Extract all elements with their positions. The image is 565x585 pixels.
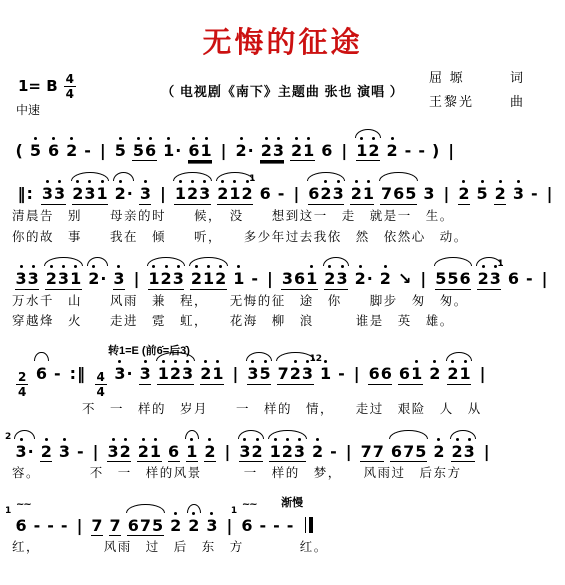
note-char: 1 (356, 142, 368, 160)
octave-dot (451, 360, 454, 363)
note-char: 2 (119, 443, 131, 461)
note: 123 (148, 270, 184, 289)
grace-note: 1 (249, 174, 255, 184)
note-char: 6 (127, 517, 139, 535)
octave-dot (517, 180, 520, 183)
barline: | (133, 270, 140, 288)
note-char: 6 (507, 270, 519, 288)
note-char: 2 (312, 443, 324, 461)
note-char: 1 (174, 185, 186, 203)
note: 77 (360, 443, 384, 462)
note: 6 (47, 142, 59, 160)
trill-mark: ~~ (242, 499, 257, 511)
lyric-line: 容。 不 一 样的风景 一 样的 梦， 风雨过 后东方 (12, 464, 553, 483)
note-char: 3 (54, 185, 66, 203)
octave-dot (32, 265, 35, 268)
note-char: 3 (139, 185, 151, 203)
note-char: | (226, 517, 233, 535)
note: 7 (91, 517, 103, 536)
note-char: 1 (320, 365, 332, 383)
final-barline (305, 517, 313, 533)
lyric-line: 你的故 事 我在 倾 听， 多少年过去我依 然 依然心 动。 (12, 228, 553, 247)
octave-dot (384, 265, 387, 268)
credits: 屈 塬 词 王黎光 曲 (429, 67, 525, 115)
note: ) (431, 142, 439, 160)
octave-dot (92, 265, 95, 268)
octave-dot (337, 180, 340, 183)
note: - (418, 142, 426, 160)
note: 2 (494, 185, 506, 204)
note-char: 1 (459, 365, 471, 383)
octave-dot (481, 180, 484, 183)
note: - (259, 517, 267, 535)
note-char: 6 (393, 185, 405, 203)
octave-dot (221, 180, 224, 183)
note: 7 (109, 517, 121, 536)
barline: ‖: (17, 185, 33, 203)
note: - (60, 517, 68, 535)
note: 2 (433, 443, 445, 461)
octave-dot (177, 265, 180, 268)
note: 61 (259, 185, 271, 203)
octave-dot (391, 137, 394, 140)
score: (562-|5561·61|2·23216|122--)|‖:332312·3|… (12, 127, 553, 557)
note-char: 2 (289, 365, 301, 383)
note-char: 2 (451, 443, 463, 461)
note-char: 3 (58, 443, 70, 461)
note-char: : (26, 185, 33, 203)
note: 3 (139, 185, 151, 204)
note-char: 1 (202, 270, 214, 288)
note-char: 3 (247, 365, 259, 383)
note-char: 6 (390, 443, 402, 461)
octave-dot (219, 265, 222, 268)
note-char: 2 (40, 443, 52, 461)
note-char: ) (431, 142, 439, 160)
octave-dot (154, 438, 157, 441)
octave-dot (355, 180, 358, 183)
note: 21 (350, 185, 374, 204)
note: - (277, 185, 285, 203)
note: 1 (233, 270, 245, 288)
note-char: ‖ (17, 185, 26, 203)
note: - (338, 365, 346, 383)
note: 2 (429, 365, 441, 383)
note-char: 2 (447, 365, 459, 383)
note: - (54, 365, 62, 383)
octave-dot (233, 180, 236, 183)
tempo-annotation: 渐慢 (281, 494, 303, 510)
barline: | (220, 142, 227, 160)
note-char: 1 (229, 185, 241, 203)
note-char: 3 (114, 365, 126, 383)
note-char: 7 (139, 517, 151, 535)
octave-dot (149, 137, 152, 140)
note: 123 (269, 443, 305, 462)
note: 2· (354, 270, 373, 288)
note: - (84, 142, 92, 160)
note-char: 2 (350, 185, 362, 203)
meter-denominator: 4 (66, 87, 74, 100)
note-char: 5 (259, 365, 271, 383)
barline: | (224, 443, 231, 461)
octave-dot (207, 265, 210, 268)
note-char: : (69, 365, 76, 383)
octave-dot (34, 137, 37, 140)
note-char: 2 (186, 185, 198, 203)
note-char: | (345, 443, 352, 461)
note-char: | (220, 142, 227, 160)
note-char: 3 (113, 270, 125, 288)
note-char: 2 (215, 270, 227, 288)
note: 2 (170, 517, 182, 535)
note-char: 1 (269, 443, 281, 461)
octave-dot (119, 137, 122, 140)
note: 231 (72, 185, 108, 204)
note-char: - (404, 142, 412, 160)
note-char: 2 (251, 443, 263, 461)
note: 1 (186, 443, 198, 462)
note: 112 (320, 365, 332, 383)
note: - (330, 443, 338, 461)
octave-dot (265, 137, 268, 140)
note-char: ( (15, 142, 23, 160)
note-char: 2 (235, 142, 247, 160)
note: 21 (290, 142, 314, 161)
octave-dot (433, 360, 436, 363)
octave-dot (74, 265, 77, 268)
barline: | (443, 185, 450, 203)
note-char: 1 (411, 365, 423, 383)
note-char: · (100, 270, 107, 288)
octave-dot (437, 438, 440, 441)
note-char: | (92, 443, 99, 461)
octave-dot (482, 265, 485, 268)
note-char: 3 (182, 365, 194, 383)
note: 23 (451, 443, 475, 462)
note: 6 (35, 365, 47, 383)
octave-dot (167, 137, 170, 140)
note-char: 1 (163, 142, 175, 160)
octave-dot (246, 180, 249, 183)
note-char: 6 (15, 517, 27, 535)
note-char: - (84, 142, 92, 160)
note: - (47, 517, 55, 535)
octave-dot (341, 265, 344, 268)
note: 21 (447, 365, 471, 384)
note-char: 2 (458, 185, 470, 203)
note-char: 5 (415, 443, 427, 461)
note-char: | (341, 142, 348, 160)
note-char: 3 (281, 270, 293, 288)
octave-dot (494, 265, 497, 268)
note-char: 2 (114, 185, 126, 203)
time-signature: 24 (16, 371, 28, 398)
note-char: 5 (435, 270, 447, 288)
note-char: ↘ (397, 270, 411, 288)
note: - (404, 142, 412, 160)
note-char: 2 (433, 443, 445, 461)
note: 66 (368, 365, 392, 384)
octave-dot (237, 265, 240, 268)
octave-dot (367, 180, 370, 183)
note: - (33, 517, 41, 535)
note-char: 5 (114, 142, 126, 160)
note-char: 6 (459, 270, 471, 288)
note: 61 (507, 270, 519, 288)
music-system: 3·223-|3221612|321232-|77675223|容。 不 一 样… (12, 428, 553, 483)
octave-dot (243, 438, 246, 441)
note: 61~~ (241, 517, 253, 535)
octave-dot (286, 438, 289, 441)
octave-dot (468, 438, 471, 441)
note-char: 2 (368, 142, 380, 160)
note: 21 (200, 365, 224, 384)
note-char: 6 (241, 517, 253, 535)
octave-dot (298, 438, 301, 441)
note-char: | (546, 185, 553, 203)
octave-dot (208, 438, 211, 441)
note: 123 (157, 365, 193, 384)
barline: | (76, 517, 83, 535)
subtitle: （ 电视剧《南下》主题曲 张也 演唱 ） (161, 81, 403, 100)
barline: :‖ (69, 365, 85, 383)
note-char: 2 (320, 185, 332, 203)
note: 3 (58, 443, 70, 461)
note-char: 1 (303, 142, 315, 160)
note-char: 2 (324, 270, 336, 288)
note-char: 5 (476, 185, 488, 203)
octave-dot (174, 360, 177, 363)
note: 765 (380, 185, 416, 204)
note-char: 5 (132, 142, 144, 160)
note-char: 1 (148, 270, 160, 288)
octave-dot (144, 180, 147, 183)
note-char: 3 (301, 365, 313, 383)
note-char: 2 (429, 365, 441, 383)
note-char: 3 (206, 517, 218, 535)
octave-dot (165, 265, 168, 268)
note: 56 (132, 142, 156, 161)
grace-note: 1 (231, 506, 237, 516)
octave-dot (306, 360, 309, 363)
note: 675 (127, 517, 163, 536)
notes-row: 3·223-|3221612|321232-|77675223| (12, 428, 553, 462)
octave-dot (144, 360, 147, 363)
octave-dot (203, 180, 206, 183)
note-char: 5 (151, 517, 163, 535)
note: 3 (512, 185, 524, 203)
note-char: | (267, 270, 274, 288)
octave-dot (499, 180, 502, 183)
note: 6 (168, 443, 180, 462)
octave-dot (251, 360, 254, 363)
note-char: | (232, 365, 239, 383)
note-char: 3 (84, 185, 96, 203)
octave-dot (310, 265, 313, 268)
note-char: 6 (259, 185, 271, 203)
note: - (77, 443, 85, 461)
note-char: | (159, 185, 166, 203)
octave-dot (195, 265, 198, 268)
octave-dot (20, 438, 23, 441)
lyricist-name: 屈 塬 (429, 67, 465, 86)
barline: | (293, 185, 300, 203)
notes-row: (562-|5561·61|2·23216|122--)| (12, 127, 553, 161)
note: 5 (476, 185, 488, 203)
composer-credit: 王黎光 曲 (429, 91, 525, 110)
octave-dot (210, 512, 213, 515)
octave-dot (190, 438, 193, 441)
note-char: 1 (212, 365, 224, 383)
lyricist-credit: 屈 塬 词 (429, 67, 525, 86)
octave-dot (307, 137, 310, 140)
note: 2 (188, 517, 200, 535)
lyric-line: 不 一 样的 岁月 一 样的 情， 走过 艰险 人 从 (12, 400, 553, 419)
lyric-line: 万水千 山 风雨 兼 程， 无悔的征 途 你 脚步 匆 匆。 (12, 292, 553, 311)
note: 212 (190, 270, 226, 289)
note: 61 (188, 142, 212, 161)
octave-dot (119, 180, 122, 183)
note-char: 2 (72, 185, 84, 203)
sheet-music-page: 无悔的征途 1= B44 中速 （ 电视剧《南下》主题曲 张也 演唱 ） 屈 塬… (0, 0, 565, 585)
note: 21 (137, 443, 161, 462)
octave-dot (70, 137, 73, 140)
octave-dot (50, 265, 53, 268)
note-char: 6 (294, 270, 306, 288)
note: ↘ (397, 270, 411, 288)
note: 3· (114, 365, 133, 383)
note: 32 (107, 443, 131, 462)
note-char: 1 (186, 443, 198, 461)
octave-dot (76, 180, 79, 183)
composer-role: 曲 (510, 91, 525, 110)
note: 2 (204, 443, 216, 462)
barline: | (546, 185, 553, 203)
score-header: 1= B44 中速 （ 电视剧《南下》主题曲 张也 演唱 ） 屈 塬 词 王黎光… (12, 65, 553, 117)
note-char: 2 (190, 270, 202, 288)
ts-denominator: 4 (97, 385, 105, 398)
note-char: 3 (489, 270, 501, 288)
note-char: 2 (204, 443, 216, 461)
note-char: 6 (168, 443, 180, 461)
ts-numerator: 2 (16, 371, 28, 385)
octave-dot (372, 137, 375, 140)
octave-dot (191, 180, 194, 183)
octave-dot (142, 438, 145, 441)
octave-dot (179, 180, 182, 183)
notes-row: 246-:‖443·312321|35723112-|6661221| (12, 340, 553, 398)
key-label: 1= B (18, 77, 58, 95)
barline: | (159, 185, 166, 203)
note-char: | (483, 443, 490, 461)
note-char: 2 (354, 270, 366, 288)
note-char: 7 (109, 517, 121, 535)
note-char: 6 (398, 365, 410, 383)
octave-dot (112, 438, 115, 441)
note-char: - (54, 365, 62, 383)
note: - (530, 185, 538, 203)
ts-numerator: 4 (95, 371, 107, 385)
barline: | (92, 443, 99, 461)
music-system: ‖:332312·3|12321261-|623217653|2523-|清晨告… (12, 170, 553, 246)
note-char: 3 (512, 185, 524, 203)
note-char: | (293, 185, 300, 203)
note-char: 7 (403, 443, 415, 461)
note-char: 1 (306, 270, 318, 288)
note: 61~~ (15, 517, 27, 535)
note-char: - (77, 443, 85, 461)
note: 3 (206, 517, 218, 535)
note-char: 6 (35, 365, 47, 383)
music-system: 332312·3|1232121-|361232·2↘|5562361-|万水千… (12, 255, 553, 331)
octave-dot (192, 512, 195, 515)
octave-dot (359, 265, 362, 268)
barline: | (541, 270, 548, 288)
note-char: 1 (96, 185, 108, 203)
note-char: 2 (188, 517, 200, 535)
note: - (526, 270, 534, 288)
note: 623 (308, 185, 344, 204)
octave-dot (62, 265, 65, 268)
note: 23 (477, 270, 501, 289)
note-char: - (418, 142, 426, 160)
octave-dot (256, 438, 259, 441)
octave-dot (174, 512, 177, 515)
note-char: - (60, 517, 68, 535)
note: 35 (247, 365, 271, 384)
note-char: 5 (29, 142, 41, 160)
octave-dot (464, 360, 467, 363)
note-char: 1 (149, 443, 161, 461)
note: 3·2 (15, 443, 34, 461)
octave-dot (52, 137, 55, 140)
note-char: - (286, 517, 294, 535)
note: 33 (41, 185, 65, 204)
grace-note: 2 (5, 432, 11, 442)
note: 723 (277, 365, 313, 384)
note: - (273, 517, 281, 535)
note-char: 3 (463, 443, 475, 461)
note: 12 (356, 142, 380, 161)
note-char: 6 (145, 142, 157, 160)
note-char: | (76, 517, 83, 535)
note-char: 7 (380, 185, 392, 203)
note-char: 1 (233, 270, 245, 288)
octave-dot (204, 360, 207, 363)
note: 3 (139, 365, 151, 384)
note-char: ‖ (77, 365, 86, 383)
octave-dot (328, 265, 331, 268)
lyric-line: 红， 风雨 过 后 东 方 红。 (12, 538, 553, 557)
octave-dot (360, 137, 363, 140)
note: 6 (321, 142, 333, 160)
note: 231 (45, 270, 81, 289)
note-char: 5 (447, 270, 459, 288)
note: 2· (88, 270, 107, 288)
note-char: 3 (15, 270, 27, 288)
music-system: 转1=E (前6̇=后3̇)246-:‖443·312321|35723112-… (12, 340, 553, 419)
octave-dot (316, 438, 319, 441)
lyric-line: 清晨告 别 母亲的时 候， 没 想到这一 走 就是一 生。 (12, 207, 553, 226)
note-char: 2 (386, 142, 398, 160)
note-char: 3 (239, 443, 251, 461)
octave-dot (137, 137, 140, 140)
octave-dot (192, 137, 195, 140)
note: 2 (66, 142, 78, 160)
tempo-marking: 中速 (16, 101, 40, 118)
octave-dot (45, 438, 48, 441)
